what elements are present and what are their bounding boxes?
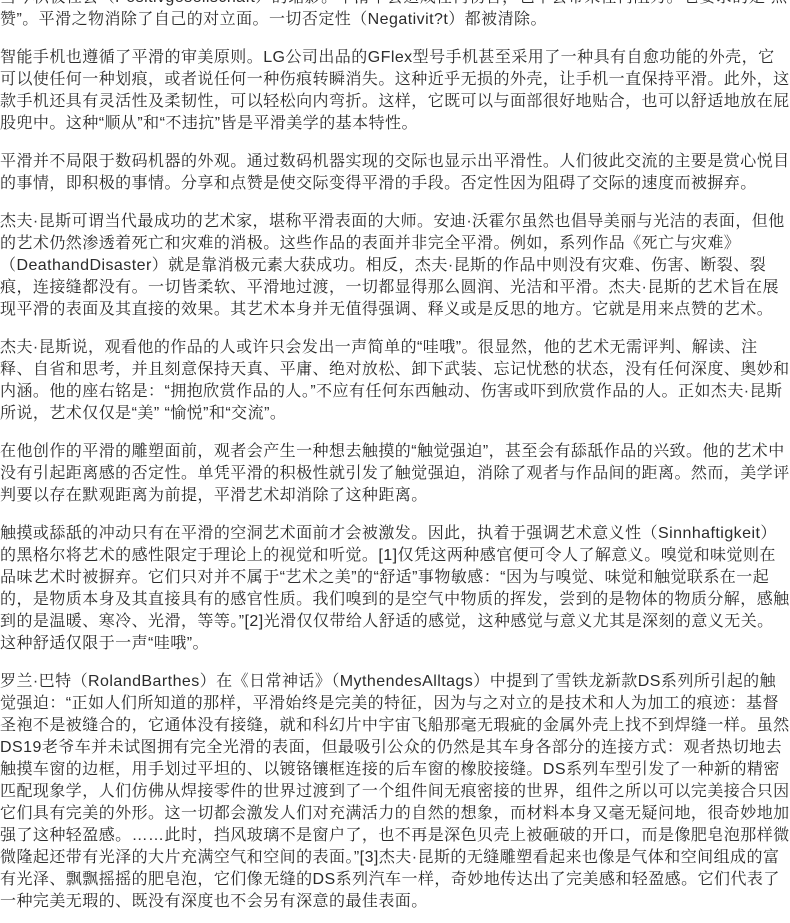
- paragraph-barthes-citroen-ds: 罗兰·巴特（RolandBarthes）在《日常神话》（MythendesAll…: [0, 671, 790, 913]
- paragraph-positivgesellschaft: 当今积极社会（Positivgesellschaft）的缩影。平滑不会造成任何伤…: [0, 0, 790, 31]
- paragraph-smartphone-gflex: 智能手机也遵循了平滑的审美原则。LG公司出品的GFlex型号手机甚至采用了一种具…: [0, 47, 790, 135]
- paragraph-hegel-senses: 触摸或舔舐的冲动只有在平滑的空洞艺术面前才会被激发。因此，执着于强调艺术意义性（…: [0, 523, 790, 655]
- document-page: 当今积极社会（Positivgesellschaft）的缩影。平滑不会造成任何伤…: [0, 0, 790, 913]
- paragraph-koons-master-of-smooth: 杰夫·昆斯可谓当代最成功的艺术家，堪称平滑表面的大师。安迪·沃霍尔虽然也倡导美丽…: [0, 211, 790, 321]
- paragraph-koons-wow: 杰夫·昆斯说，观看他的作品的人或许只会发出一声简单的“哇哦”。很显然，他的艺术无…: [0, 337, 790, 425]
- paragraph-tactile-compulsion: 在他创作的平滑的雕塑面前，观者会产生一种想去触摸的“触觉强迫”，甚至会有舔舐作品…: [0, 441, 790, 507]
- paragraph-digital-communication: 平滑并不局限于数码机器的外观。通过数码机器实现的交际也显示出平滑性。人们彼此交流…: [0, 151, 790, 195]
